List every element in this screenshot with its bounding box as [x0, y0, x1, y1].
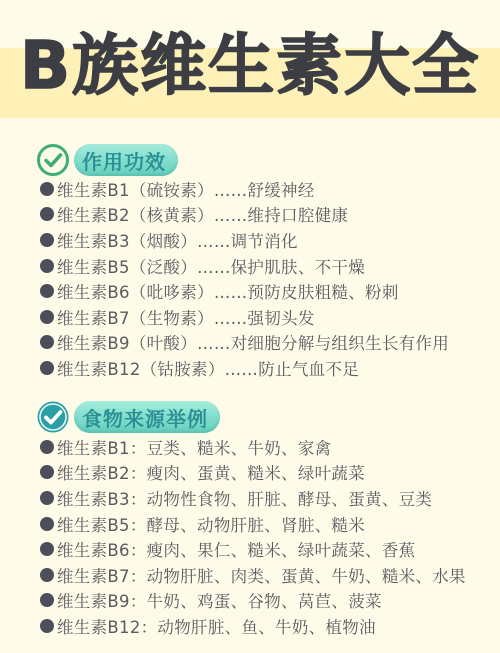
list-item-text: 维生素B1：豆类、糙米、牛奶、家禽	[57, 435, 331, 459]
list-item-text: 维生素B1（硫铵素）……舒缓神经	[57, 177, 315, 201]
section-header-food-sources: 食物来源举例	[36, 399, 220, 435]
list-item: 维生素B3（烟酸）……调节消化	[40, 227, 449, 253]
bullet-icon	[40, 335, 54, 349]
list-item-text: 维生素B6（吡哆素）……预防皮肤粗糙、粉刺	[57, 279, 399, 303]
list-item-text: 维生素B12（钴胺素）……防止气血不足	[57, 356, 359, 380]
bullet-icon	[40, 465, 54, 479]
list-item-text: 维生素B9（叶酸）……对细胞分解与组织生长有作用	[57, 330, 449, 354]
list-item-text: 维生素B2：瘦肉、蛋黄、糙米、绿叶蔬菜	[57, 460, 365, 484]
list-item: 维生素B7：动物肝脏、肉类、蛋黄、牛奶、糙米、水果	[40, 562, 466, 588]
list-item: 维生素B9：牛奶、鸡蛋、谷物、莴苣、菠菜	[40, 588, 466, 614]
bullet-icon	[40, 182, 54, 196]
list-item: 维生素B6：瘦肉、果仁、糙米、绿叶蔬菜、香蕉	[40, 536, 466, 562]
bullet-icon	[40, 517, 54, 531]
bullet-icon	[40, 593, 54, 607]
bullet-icon	[40, 284, 54, 298]
list-item: 维生素B1：豆类、糙米、牛奶、家禽	[40, 434, 466, 460]
list-item-text: 维生素B3（烟酸）……调节消化	[57, 228, 298, 252]
bullet-icon	[40, 207, 54, 221]
list-item: 维生素B3：动物性食物、肝脏、酵母、蛋黄、豆类	[40, 485, 466, 511]
list-item-text: 维生素B3：动物性食物、肝脏、酵母、蛋黄、豆类	[57, 486, 432, 510]
list-item: 维生素B7（生物素）……强韧头发	[40, 304, 449, 330]
list-item-text: 维生素B2（核黄素）……维持口腔健康	[57, 202, 348, 226]
page-title: B族维生素大全	[0, 26, 500, 106]
list-item-text: 维生素B6：瘦肉、果仁、糙米、绿叶蔬菜、香蕉	[57, 537, 415, 561]
bullet-icon	[40, 259, 54, 273]
bullet-icon	[40, 542, 54, 556]
bullet-icon	[40, 568, 54, 582]
list-item: 维生素B5（泛酸）……保护肌肤、不干燥	[40, 253, 449, 279]
list-item-text: 维生素B5：酵母、动物肝脏、肾脏、糙米	[57, 512, 365, 536]
bullet-icon	[40, 310, 54, 324]
list-item-text: 维生素B7（生物素）……强韧头发	[57, 305, 315, 329]
list-item: 维生素B12（钴胺素）……防止气血不足	[40, 355, 449, 381]
bullet-icon	[40, 491, 54, 505]
list-item: 维生素B2：瘦肉、蛋黄、糙米、绿叶蔬菜	[40, 460, 466, 486]
effects-list: 维生素B1（硫铵素）……舒缓神经 维生素B2（核黄素）……维持口腔健康 维生素B…	[40, 176, 449, 381]
food-sources-list: 维生素B1：豆类、糙米、牛奶、家禽 维生素B2：瘦肉、蛋黄、糙米、绿叶蔬菜 维生…	[40, 434, 466, 639]
section-title-pill: 食物来源举例	[74, 401, 220, 433]
list-item: 维生素B1（硫铵素）……舒缓神经	[40, 176, 449, 202]
section-title-pill: 作用功效	[74, 144, 178, 176]
list-item: 维生素B6（吡哆素）……预防皮肤粗糙、粉刺	[40, 278, 449, 304]
list-item: 维生素B5：酵母、动物肝脏、肾脏、糙米	[40, 511, 466, 537]
section-header-effects: 作用功效	[36, 142, 178, 178]
list-item-text: 维生素B5（泛酸）……保护肌肤、不干燥	[57, 254, 365, 278]
list-item-text: 维生素B12：动物肝脏、鱼、牛奶、植物油	[57, 614, 376, 638]
list-item-text: 维生素B9：牛奶、鸡蛋、谷物、莴苣、菠菜	[57, 588, 382, 612]
list-item-text: 维生素B7：动物肝脏、肉类、蛋黄、牛奶、糙米、水果	[57, 563, 466, 587]
list-item: 维生素B12：动物肝脏、鱼、牛奶、植物油	[40, 613, 466, 639]
bullet-icon	[40, 619, 54, 633]
check-circle-filled-icon	[36, 400, 70, 434]
list-item: 维生素B9（叶酸）……对细胞分解与组织生长有作用	[40, 330, 449, 356]
bullet-icon	[40, 233, 54, 247]
list-item: 维生素B2（核黄素）……维持口腔健康	[40, 202, 449, 228]
check-circle-outline-icon	[36, 143, 70, 177]
bullet-icon	[40, 361, 54, 375]
bullet-icon	[40, 440, 54, 454]
